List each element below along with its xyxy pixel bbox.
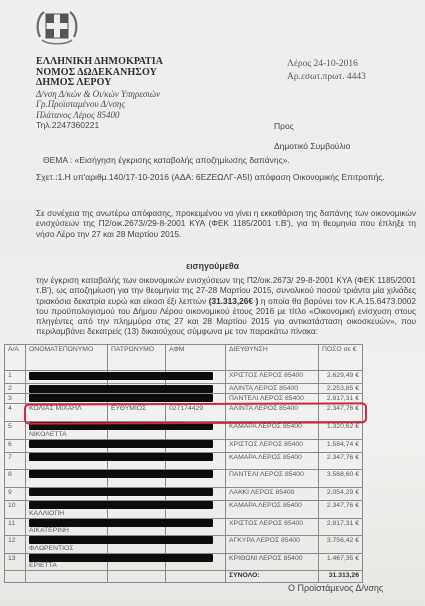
header-address: ΔΙΕΥΘΥΝΣΗ [226,345,319,371]
highlight-circle-row-4 [24,402,367,424]
cell-address: ΚΑΜΑΡΑ ΛΕΡΟΣ 85400 [226,453,319,470]
cell-amount: 1.320,62 € [319,422,363,440]
proposal-paragraph: την έγκριση καταβολής των οικονομικών εν… [36,275,416,337]
header-line: Δ/νση Δ/κών & Οι/κών Υπηρεσιών [36,89,163,100]
place-date: Λέρος 24-10-2016 [287,58,366,71]
cell-amount: 2.629,49 € [319,371,363,384]
cell-aa: 13 [5,554,26,571]
header-phone: Τηλ.2247360221 [36,120,163,131]
cell-address: ΧΡΙΣΤΟΣ ΛΕΡΟΣ 85400 [226,371,319,384]
cell-aa: 7 [5,453,26,470]
greek-coat-of-arms-icon [34,7,80,47]
cell-amount: 2.347,76 € [319,453,363,470]
redaction-bar [29,536,213,544]
header-line: Γρ.Προϊσταμένου Δ/νσης [36,99,163,110]
cell-amount: 2.817,31 € [319,519,363,536]
cell-amount: 1.584,74 € [319,440,363,453]
signature-title: Ο Προϊστάμενος Δ/νσης [288,583,383,593]
cell-aa: 1 [5,371,26,384]
cell-address: ΑΛΙΝΤΑ ΛΕΡΟΣ 85400 [226,384,319,394]
document-page: ΕΛΛΗΝΙΚΗ ΔΗΜΟΚΡΑΤΙΑ ΝΟΜΟΣ ΔΩΔΕΚΑΝΗΣΟΥ ΔΗ… [0,0,425,606]
redaction-bar [29,440,213,448]
recipient: Δημοτικό Συμβούλιο [274,141,350,151]
header-afm: ΑΦΜ [166,345,226,371]
redaction-bar [29,470,213,478]
cell-aa: 9 [5,488,26,501]
header-line: ΕΛΛΗΝΙΚΗ ΔΗΜΟΚΡΑΤΙΑ [36,57,163,68]
header-line: ΔΗΜΟΣ ΛΕΡΟΥ [36,78,163,89]
propose-heading: εισηγούμεθα [0,261,425,271]
total-label: ΣΥΝΟΛΟ: [226,571,319,583]
cell-amount: 1.467,35 € [319,554,363,571]
header-amount: ΠΟΣΟ σε € [319,345,363,371]
cell-aa: 11 [5,519,26,536]
cell-address: ΛΑΚΚΙ ΛΕΡΟΣ 85400 [226,488,319,501]
date-protocol-block: Λέρος 24-10-2016 Αρ.εσωτ.πρωτ. 4443 [287,58,366,84]
redaction-bar [29,501,213,509]
cell-amount: 2.253,85 € [319,384,363,394]
cell-address: ΧΡΙΣΤΟΣ ΛΕΡΟΣ 85400 [226,519,319,536]
cell-aa: 12 [5,536,26,554]
redaction-bar [29,394,213,402]
cell-amount: 2.054,29 € [319,488,363,501]
cell-address: ΑΓΚΥΡΑ ΛΕΡΟΣ 85400 [226,536,319,554]
header-line: Πλάτανος Λέρος 85400 [36,110,163,121]
redaction-bar [29,385,213,393]
cell-address: ΧΡΙΣΤΟΣ ΛΕΡΟΣ 85400 [226,440,319,453]
total-value: 31.313,26 [319,571,363,583]
redaction-bar [29,488,213,496]
to-label: Προς [274,121,294,131]
header-name: ΟΝΟΜΑΤΕΠΩΝΥΜΟ [26,345,108,371]
cell-address: ΚΡΙΘΩΝΙ ΛΕΡΟΣ 85400 [226,554,319,571]
cell-aa: 3 [5,394,26,404]
cell-aa: 10 [5,501,26,519]
redaction-bar [29,453,213,461]
cell-aa: 4 [5,404,26,422]
cell-amount: 3.756,42 € [319,536,363,554]
total-row: ΣΥΝΟΛΟ: 31.313,26 [5,571,363,583]
protocol-number: Αρ.εσωτ.πρωτ. 4443 [287,71,366,84]
intro-paragraph: Σε συνέχεια της ανωτέρω απόφασης, προκει… [36,208,416,239]
cell-aa: 2 [5,384,26,394]
total-amount-inline: (31.313,26€ ) [209,296,259,306]
cell-address: ΠΑΝΤΕΛΙ ΛΕΡΟΣ 85400 [226,470,319,488]
cell-address: ΚΑΜΑΡΑ ΛΕΡΟΣ 85400 [226,422,319,440]
cell-aa: 5 [5,422,26,440]
redaction-bar [29,554,213,562]
issuer-header: ΕΛΛΗΝΙΚΗ ΔΗΜΟΚΡΑΤΙΑ ΝΟΜΟΣ ΔΩΔΕΚΑΝΗΣΟΥ ΔΗ… [36,57,163,131]
cell-address: ΚΑΜΑΡΑ ΛΕΡΟΣ 85400 [226,501,319,519]
subject-line: ΘΕΜΑ : «Εισήγηση έγκρισης καταβολής αποζ… [43,155,290,165]
header-aa: Α/Α [5,345,26,371]
reference-line: Σχετ.:1.Η υπ'αριθμ.140/17-10-2016 (ΑΔΑ: … [36,172,385,182]
cell-aa: 6 [5,440,26,453]
cell-amount: 3.568,60 € [319,470,363,488]
table-header-row: Α/Α ΟΝΟΜΑΤΕΠΩΝΥΜΟ ΠΑΤΡΩΝΥΜΟ ΑΦΜ ΔΙΕΥΘΥΝΣ… [5,345,363,371]
header-father: ΠΑΤΡΩΝΥΜΟ [108,345,166,371]
redaction-bar [29,372,213,380]
cell-aa: 8 [5,470,26,488]
redaction-bar [29,519,213,527]
cell-amount: 2.347,76 € [319,501,363,519]
